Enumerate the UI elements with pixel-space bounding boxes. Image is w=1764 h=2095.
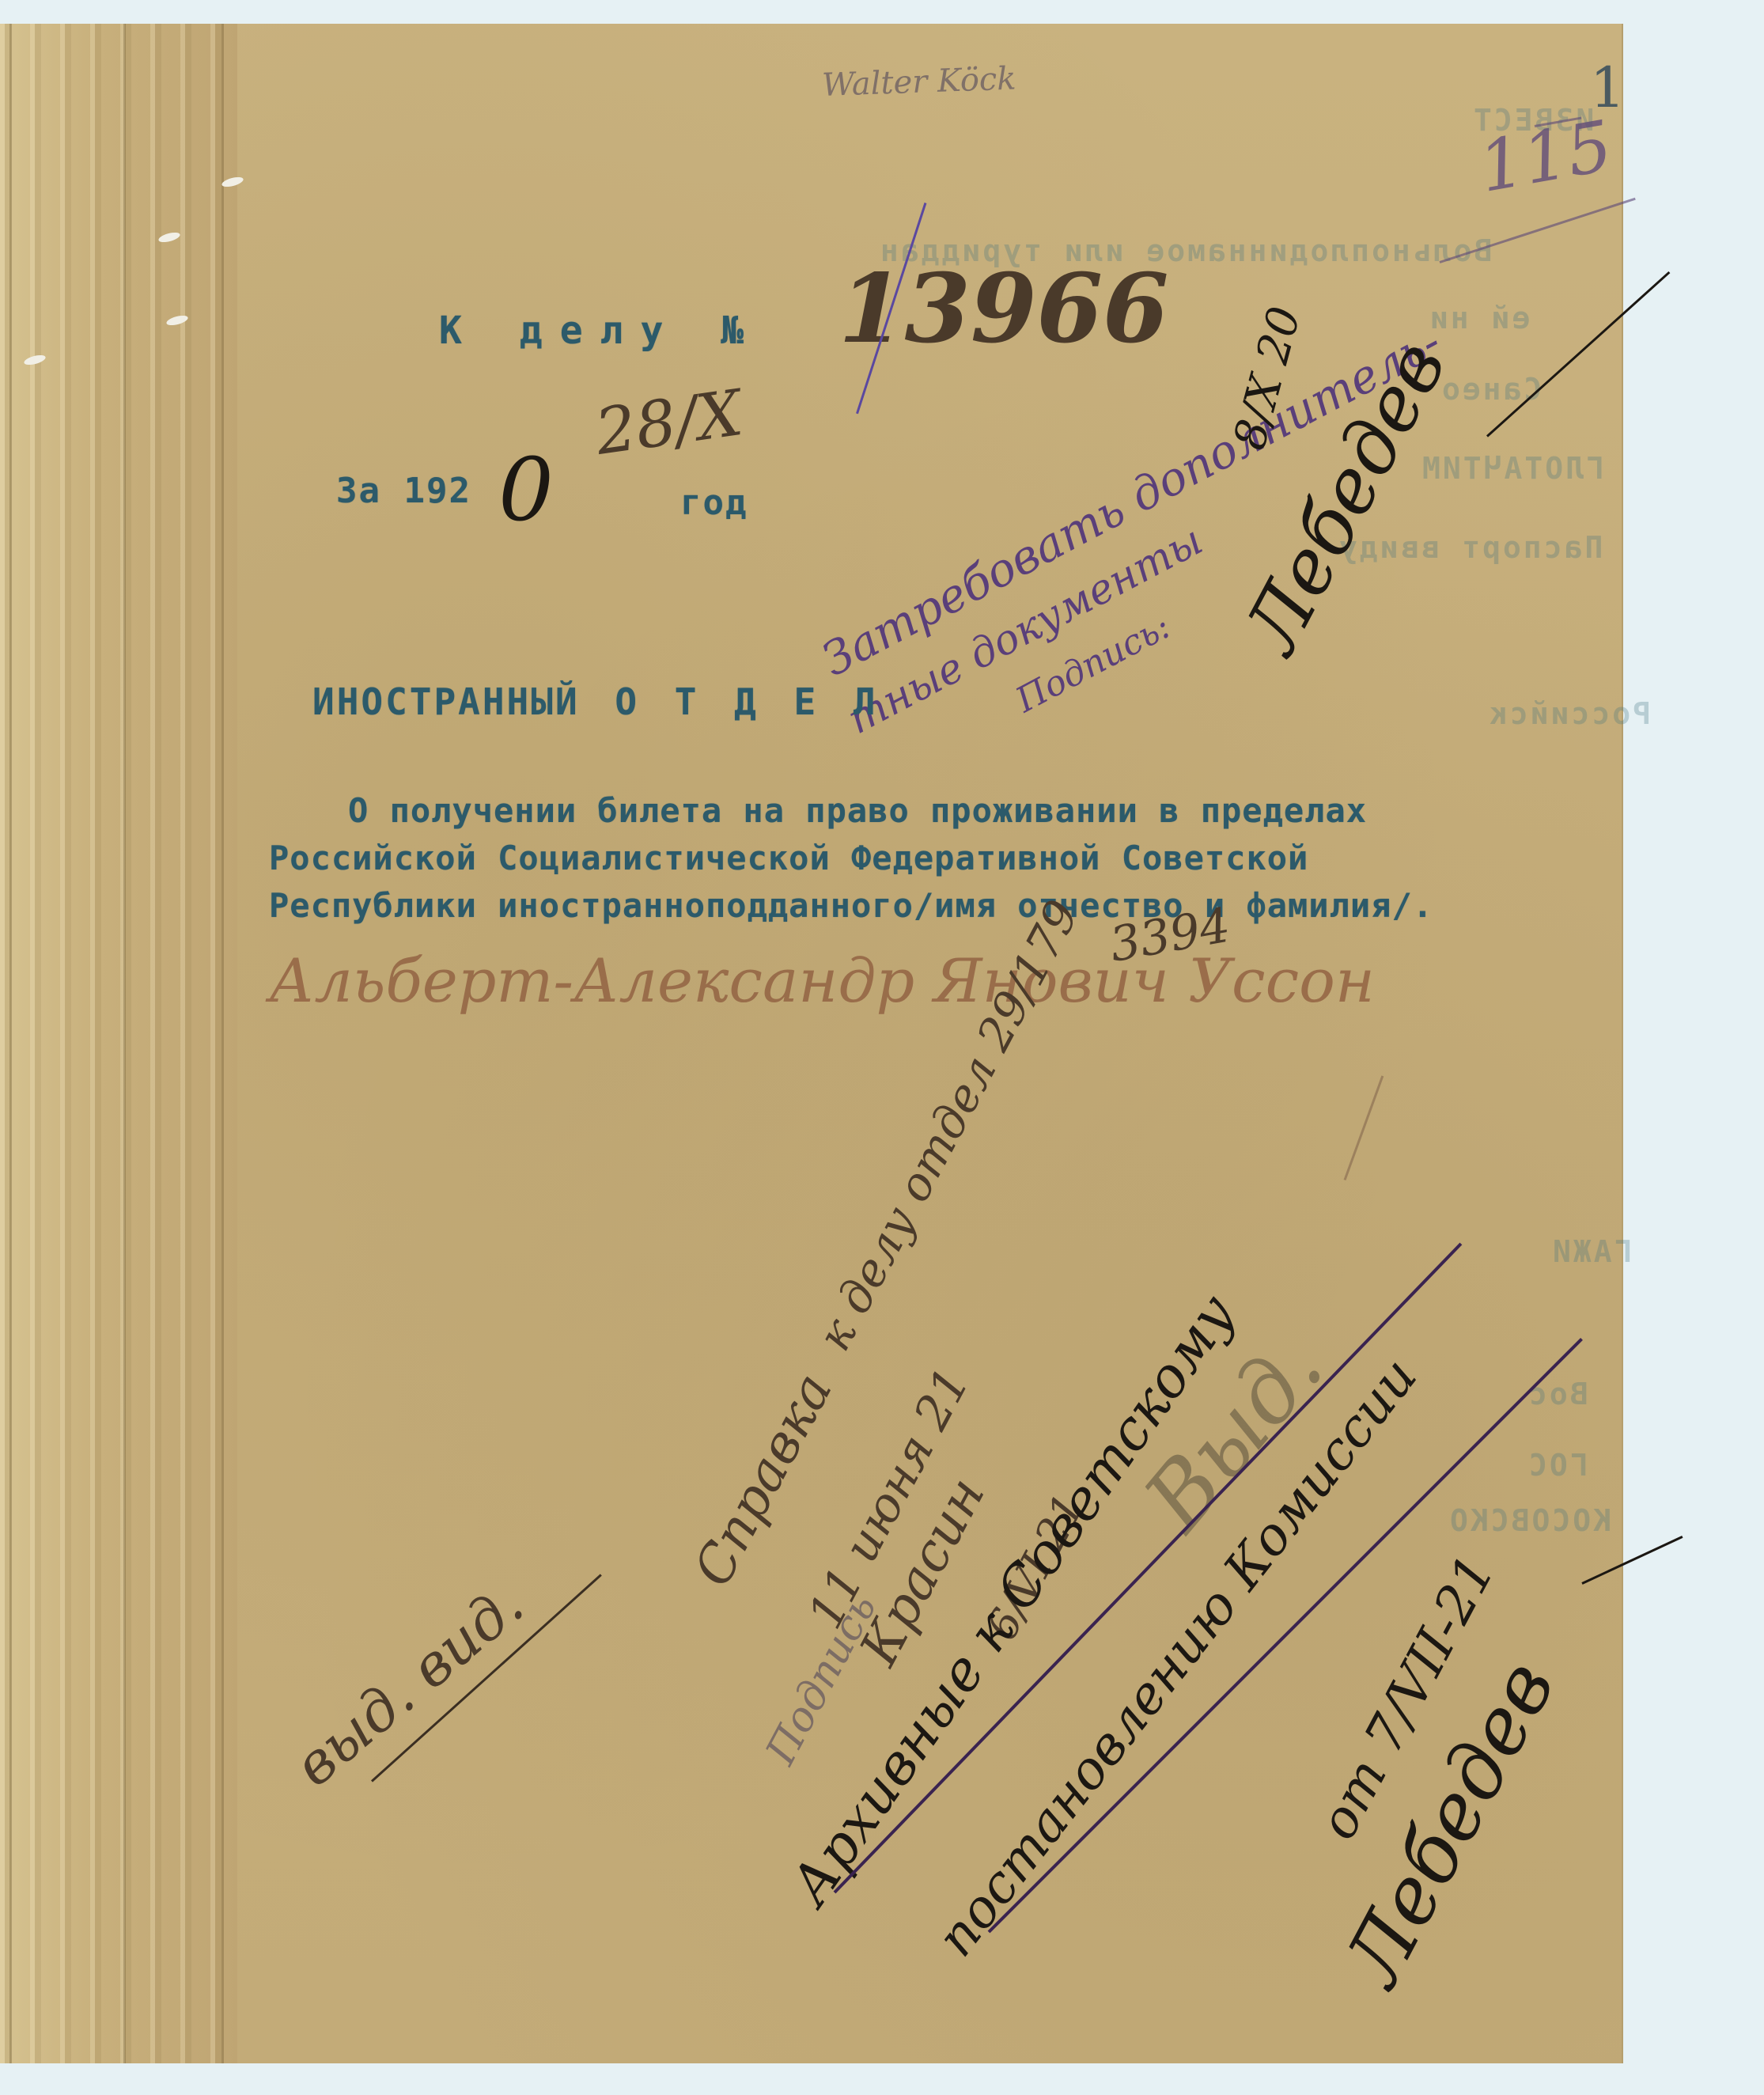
year-digit: 0 [498, 439, 554, 540]
department-title: ИНОСТРАННЫЙ О Т Д Е Л [312, 680, 878, 723]
year-suffix: год [680, 483, 748, 523]
bleed-through-text: ГОС [1527, 1448, 1588, 1483]
pencil-check [1344, 1075, 1384, 1180]
spine-fold-line [123, 24, 126, 2063]
spine-fold-line [9, 24, 12, 2063]
subject-line-3: Республики иностранноподданного/имя отче… [269, 886, 1433, 925]
folio-underline [1440, 198, 1636, 263]
spine-fold-line [221, 24, 224, 2063]
bleed-through-text: ГАЖИ [1550, 1234, 1633, 1269]
subject-line-1: О получении билета на право проживании в… [348, 791, 1367, 830]
folio-suffix: 1 [1590, 55, 1626, 120]
document-sheet: ИЗВЕСТ Вольноплодиннамое или туриддан ей… [0, 24, 1623, 2063]
case-number: 13966 [838, 253, 1168, 365]
binding-spine [0, 24, 237, 2063]
pencil-note-top: Walter Köck [821, 60, 1016, 104]
bleed-through-text: ГЛОТАЧТИМ [1420, 451, 1604, 486]
year-label: За 192 [336, 471, 471, 511]
middle-note-line-1: Справка [682, 1363, 844, 1596]
bleed-through-text: Паспорт ввиду [1337, 530, 1603, 565]
bleed-through-text: КОСОВСКО [1448, 1503, 1611, 1538]
case-label: К делу № [439, 309, 761, 353]
signature-flourish [1486, 271, 1670, 438]
final-signature-flourish [1581, 1536, 1683, 1585]
date-fraction: 28/X [591, 376, 747, 469]
bleed-through-text: ей ни [1428, 301, 1530, 335]
bleed-through-text: Российск [1487, 696, 1651, 731]
issued-residence-note: выд. вид. [282, 1570, 536, 1799]
subject-line-2: Российской Социалистической Федеративной… [269, 839, 1308, 877]
